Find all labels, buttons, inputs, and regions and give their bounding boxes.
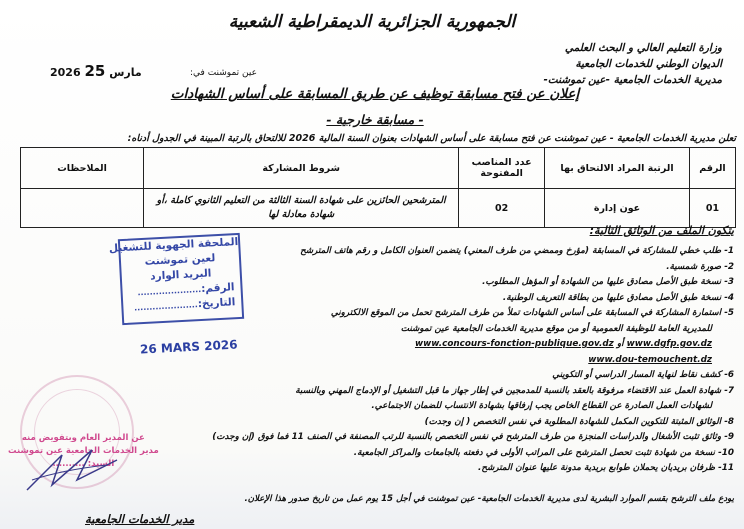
list-item: 5- استمارة المشاركة في المسابقة على أساس… (212, 306, 734, 322)
issue-date: 2026 مارس 25 (50, 62, 142, 80)
positions-table: الرقم الرتبة المراد الالتحاق بها عدد الم… (20, 147, 736, 228)
table-header-row: الرقم الرتبة المراد الالتحاق بها عدد الم… (21, 148, 736, 189)
list-item: 4- نسخة طبق الأصل مصادق عليها من بطاقة ا… (212, 291, 734, 307)
cell-number: 01 (689, 189, 735, 228)
issuer-block: وزارة التعليم العالي و البحث العلمي الدي… (543, 40, 722, 88)
announcement-title: إعلان عن فتح مسابقة توظيف عن طريق المساب… (150, 86, 600, 102)
signature-mark (22, 440, 122, 500)
col-positions: عدد المناصب المفتوحة (459, 148, 545, 189)
document-page: الجمهورية الجزائرية الديمقراطية الشعبية … (0, 0, 744, 529)
links-line: www.dgfp.gov.dz أو www.concours-fonction… (212, 337, 734, 353)
link-dou[interactable]: www.dou-temouchent.dz (588, 355, 712, 365)
links-line-2: www.dou-temouchent.dz (212, 353, 734, 369)
cell-conditions: المترشحين الحائزين على شهادة السنة الثال… (144, 189, 459, 228)
cell-grade: عون إدارة (545, 189, 690, 228)
list-item: 6- كشف نقاط لنهاية المسار الدراسي أو الت… (212, 368, 734, 384)
or-label: أو (617, 339, 624, 349)
intro-paragraph: تعلن مديرية الخدمات الجامعية - عين تموشن… (128, 133, 736, 144)
col-conditions: شروط المشاركة (144, 148, 459, 189)
list-item: 7- شهادة العمل عند الاقتضاء مرفوقة بالعق… (212, 384, 734, 400)
director-title: مدير الخدمات الجامعية (85, 512, 194, 526)
cell-positions: 02 (459, 189, 545, 228)
list-item-continuation: لشهادات العمل الصادرة عن القطاع الخاص يج… (212, 399, 734, 415)
place-label: عين تموشنت في: (190, 68, 257, 78)
table-row: 01 عون إدارة 02 المترشحين الحائزين على ش… (21, 189, 736, 228)
date-year: 2026 (50, 66, 81, 79)
list-item-continuation: للمديرية العامة للوظيفة العمومية أو من م… (212, 322, 734, 338)
cell-notes (21, 189, 144, 228)
list-item: 9- وثائق تثبت الأشغال والدراسات المنجزة … (212, 430, 734, 446)
col-notes: الملاحظات (21, 148, 144, 189)
link-dgfp[interactable]: www.dgfp.gov.dz (627, 339, 712, 349)
list-item: 8- الوثائق المثبتة للتكوين المكمل للشهاد… (212, 415, 734, 431)
list-item: 10- نسخة من شهادة تثبت تحصل المترشح على … (212, 446, 734, 462)
col-grade: الرتبة المراد الالتحاق بها (545, 148, 690, 189)
list-item: 3- نسخة طبق الأصل مصادق عليها من الشهادة… (212, 275, 734, 291)
office-name: الديوان الوطني للخدمات الجامعية (543, 56, 722, 72)
date-day: 25 (84, 62, 105, 80)
documents-list: 1- طلب خطي للمشاركة في المسابقة (مؤرخ وم… (212, 244, 734, 477)
ministry-name: وزارة التعليم العالي و البحث العلمي (543, 40, 722, 56)
deposit-note: يودع ملف الترشح بقسم الموارد البشرية لدى… (244, 494, 734, 504)
list-item: 2- صورة شمسية. (212, 260, 734, 276)
col-number: الرقم (689, 148, 735, 189)
list-item: 11- ظرفان بريديان يحملان طوابع بريدية مد… (212, 461, 734, 477)
republic-heading: الجمهورية الجزائرية الديمقراطية الشعبية (0, 12, 744, 32)
list-item: 1- طلب خطي للمشاركة في المسابقة (مؤرخ وم… (212, 244, 734, 260)
date-month: مارس (109, 66, 141, 79)
documents-heading: يتكون الملف من الوثائق التالية: (590, 224, 734, 237)
received-stamp: الملحقة الجهوية للتشغيل لعين تموشنت البر… (118, 233, 244, 325)
link-concours[interactable]: www.concours-fonction-publique.gov.dz (415, 339, 614, 349)
announcement-subtitle: - مسابقة خارجية - (150, 112, 600, 127)
